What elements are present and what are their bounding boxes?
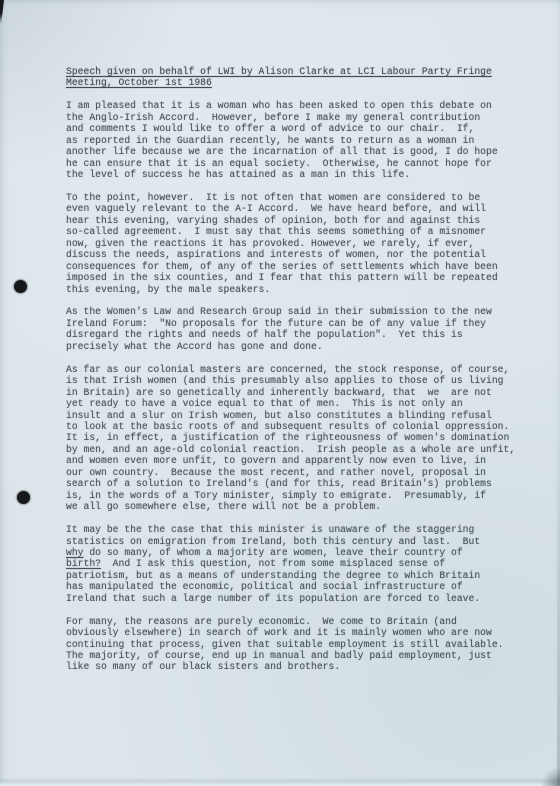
- paragraph-6: For many, the reasons are purely economi…: [66, 616, 528, 673]
- paragraph-4: As far as our colonial masters are conce…: [66, 364, 528, 513]
- paragraph-text: For many, the reasons are purely economi…: [66, 616, 504, 673]
- scan-edge-bottom: [0, 778, 560, 786]
- paragraph-text: To the point, however. It is not often t…: [66, 192, 498, 295]
- paragraph-5: It may be the the case that this ministe…: [66, 524, 528, 604]
- paragraph-1: I am pleased that it is a woman who has …: [66, 100, 528, 180]
- paragraph-text: As far as our colonial masters are conce…: [66, 364, 515, 512]
- paragraph-text: As the Women's Law and Research Group sa…: [66, 306, 492, 351]
- hole-punch-mark-bottom: [17, 491, 30, 504]
- underlined-word: birth?: [66, 558, 101, 569]
- paragraph-text: I am pleased that it is a woman who has …: [66, 100, 498, 180]
- scan-edge-bottom-right: [542, 766, 560, 786]
- paragraph-2: To the point, however. It is not often t…: [66, 192, 528, 295]
- document-body: Speech given on behalf of LWI by Alison …: [66, 66, 528, 673]
- scan-edge-top-left: [0, 0, 4, 24]
- underlined-word: why: [66, 547, 84, 558]
- scanned-document-page: Speech given on behalf of LWI by Alison …: [0, 0, 560, 786]
- paragraph-3: As the Women's Law and Research Group sa…: [66, 306, 528, 352]
- paragraph-text: It may be the the case that this ministe…: [66, 524, 480, 546]
- document-title: Speech given on behalf of LWI by Alison …: [66, 66, 528, 89]
- paragraph-text: do so many, of whom a majority are women…: [84, 547, 463, 558]
- hole-punch-mark-top: [14, 280, 27, 293]
- paragraph-text: And I ask this question, not from some m…: [66, 558, 480, 603]
